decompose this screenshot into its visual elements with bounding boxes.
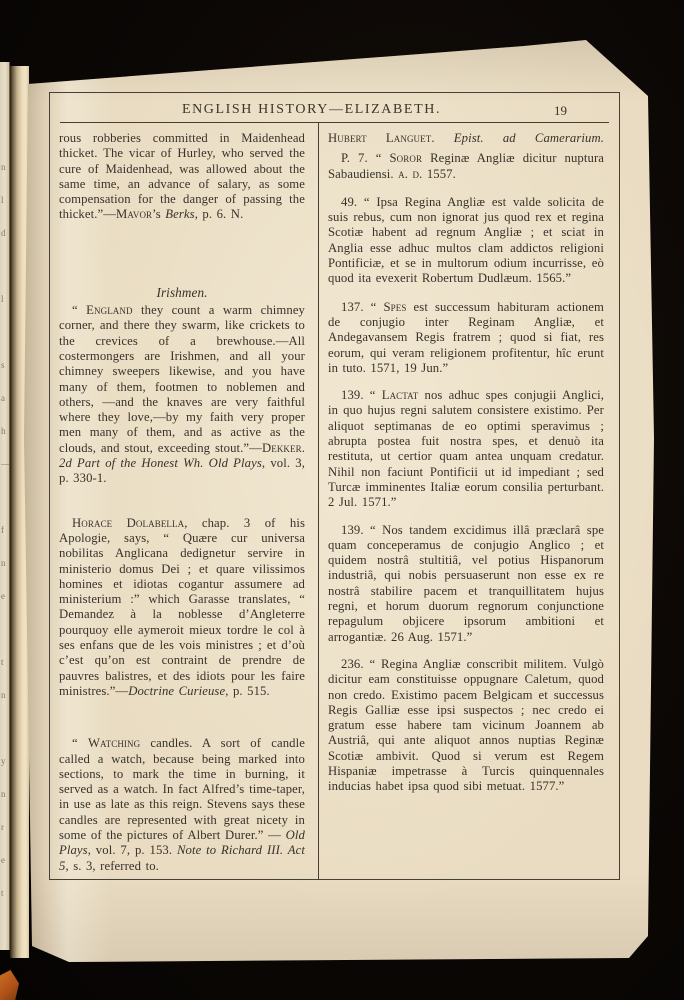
body-text: candles. A sort of candle called a watch… <box>59 736 305 842</box>
body-text: . <box>302 441 305 455</box>
paragraph: “ Watching candles. A sort of candle cal… <box>59 736 305 874</box>
edge-letter-fragment: n <box>0 690 9 723</box>
body-text: 139. “ Nos tandem excidimus illâ præclar… <box>328 523 604 644</box>
edge-letter-fragment: e <box>0 855 9 888</box>
header-rule <box>60 122 609 123</box>
small-caps-text: Spes <box>384 300 407 314</box>
small-caps-text: Lactat <box>382 388 419 402</box>
photo-background: nldlsah—fnetnynret ENGLISH HISTORY—ELIZA… <box>0 0 684 1000</box>
right-column: Hubert Languet. Epist. ad Camerarium.P. … <box>328 129 604 875</box>
body-text: they count a warm chimney corner, and th… <box>59 303 305 455</box>
body-text: , s. 3, referred to. <box>65 859 158 873</box>
small-caps-text: Dekker <box>262 441 302 455</box>
paragraph: 49. “ Ipsa Regina Angliæ est valde solic… <box>328 195 604 287</box>
edge-letter-fragment: s <box>0 360 9 393</box>
facing-page-edge: nldlsah—fnetnynret <box>0 62 10 950</box>
small-caps-text: Hubert Languet <box>328 131 431 145</box>
edge-letter-fragment: y <box>0 756 9 789</box>
page-border-frame: ENGLISH HISTORY—ELIZABETH. 19 rous robbe… <box>49 92 620 880</box>
section-heading: Irishmen. <box>59 285 305 300</box>
italic-text: Doctrine Curieuse <box>128 684 225 698</box>
paragraph: 137. “ Spes est successum habituram acti… <box>328 300 604 376</box>
edge-letter-fragment: l <box>0 195 9 228</box>
facing-page-edge-text: nldlsah—fnetnynret <box>0 162 9 921</box>
edge-letter-fragment <box>0 261 9 294</box>
italic-text: Berks <box>165 207 194 221</box>
edge-letter-fragment: — <box>0 459 9 492</box>
left-column: rous robberies committed in Maidenhead t… <box>59 129 305 875</box>
body-text: P. 7. “ <box>341 151 390 165</box>
edge-letter-fragment: n <box>0 558 9 591</box>
small-caps-text: Horace Dolabella <box>72 516 184 530</box>
edge-letter-fragment: a <box>0 393 9 426</box>
body-text: “ <box>72 736 88 750</box>
body-text: , p. 6. N. <box>195 207 244 221</box>
edge-letter-fragment: n <box>0 789 9 822</box>
edge-letter-fragment: n <box>0 162 9 195</box>
page-header: ENGLISH HISTORY—ELIZABETH. 19 <box>50 102 619 118</box>
body-text: 1557. <box>422 167 456 181</box>
running-title: ENGLISH HISTORY—ELIZABETH. <box>50 102 619 118</box>
paragraph: Horace Dolabella, chap. 3 of his Apologi… <box>59 516 305 700</box>
edge-letter-fragment: h <box>0 426 9 459</box>
paragraph: P. 7. “ Soror Reginæ Angliæ dicitur nupt… <box>328 151 604 182</box>
paragraph: “ England they count a warm chimney corn… <box>59 303 305 487</box>
small-caps-text: Mavor <box>116 207 152 221</box>
body-text: , chap. 3 of his Apologie, says, “ Quære… <box>59 516 305 698</box>
edge-letter-fragment <box>0 723 9 756</box>
italic-text: Epist. ad Camerarium. <box>454 131 604 145</box>
edge-letter-fragment: t <box>0 888 9 921</box>
squiggle-line <box>141 493 224 501</box>
italic-text: Irishmen. <box>156 285 207 300</box>
paragraph: 139. “ Nos tandem excidimus illâ præclar… <box>328 523 604 645</box>
edge-letter-fragment <box>0 624 9 657</box>
squiggle-line <box>141 251 224 259</box>
small-caps-text: a. d. <box>398 167 422 181</box>
body-text: . <box>431 131 453 145</box>
edge-letter-fragment: r <box>0 822 9 855</box>
paragraph: rous robberies committed in Maidenhead t… <box>59 131 305 223</box>
body-text: “ <box>72 303 86 317</box>
edge-letter-fragment: t <box>0 657 9 690</box>
edge-letter-fragment: l <box>0 294 9 327</box>
squiggle-divider <box>134 250 230 259</box>
bookmark-fragment <box>0 970 19 1000</box>
body-text: , vol. 7, p. 153. <box>88 843 177 857</box>
body-text: 236. “ Regina Angliæ conscribit militem.… <box>328 657 604 793</box>
edge-letter-fragment: f <box>0 525 9 558</box>
body-text: ’s <box>152 207 165 221</box>
edge-letter-fragment <box>0 492 9 525</box>
paragraph: 236. “ Regina Angliæ conscribit militem.… <box>328 657 604 795</box>
squiggle-divider <box>134 710 230 719</box>
paragraph: 139. “ Lactat nos adhuc spes conjugii An… <box>328 388 604 510</box>
squiggle-divider <box>134 492 230 501</box>
body-text: 137. “ <box>341 300 384 314</box>
body-text: nos adhuc spes conjugii Anglici, in quo … <box>328 388 604 509</box>
small-caps-text: Soror <box>390 151 423 165</box>
book-page: ENGLISH HISTORY—ELIZABETH. 19 rous robbe… <box>24 38 654 964</box>
body-text: 49. “ Ipsa Regina Angliæ est valde solic… <box>328 195 604 285</box>
small-caps-text: England <box>86 303 132 317</box>
column-divider-rule <box>318 122 319 879</box>
body-text: 139. “ <box>341 388 382 402</box>
italic-text: 2d Part of the Honest Wh. Old Plays <box>59 456 262 470</box>
edge-letter-fragment: d <box>0 228 9 261</box>
body-text: , p. 515. <box>225 684 270 698</box>
edge-letter-fragment: e <box>0 591 9 624</box>
paragraph: Hubert Languet. Epist. ad Camerarium. <box>328 131 604 146</box>
small-caps-text: Watching <box>88 736 140 750</box>
edge-letter-fragment <box>0 327 9 360</box>
page-number: 19 <box>554 103 567 119</box>
squiggle-line <box>141 711 224 719</box>
